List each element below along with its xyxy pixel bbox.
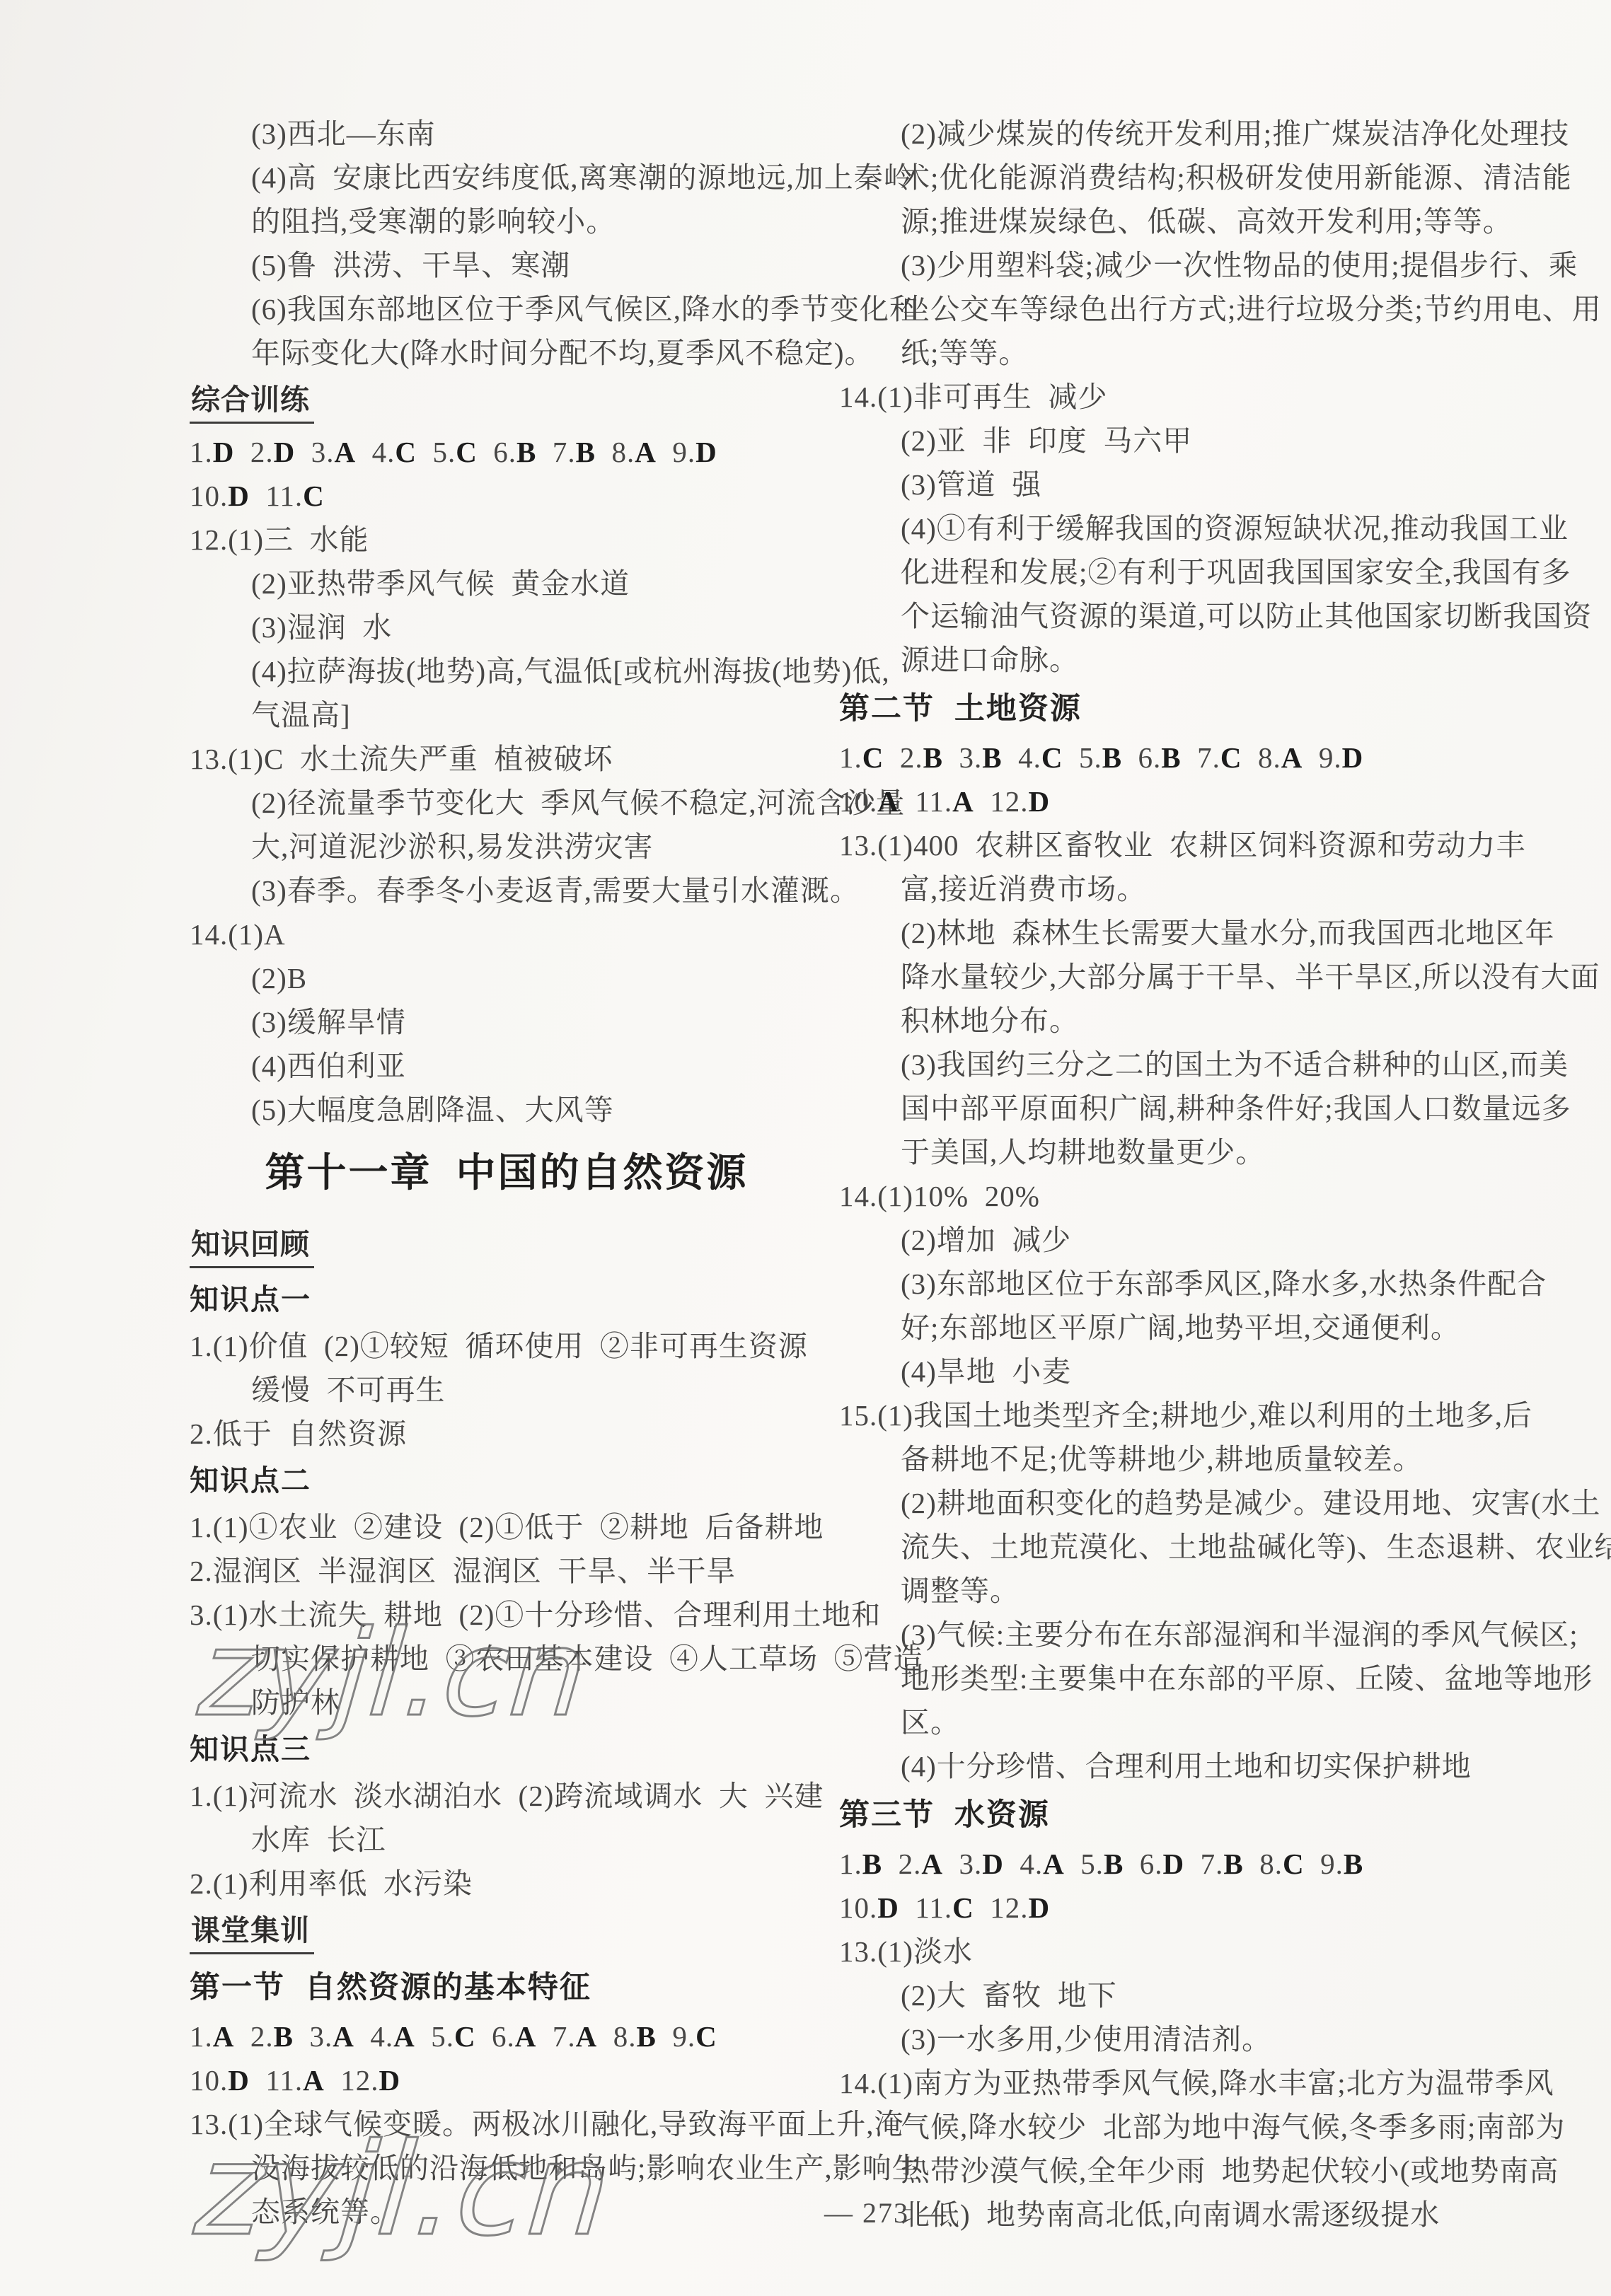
choice-answers-line: 1.C 2.B 3.B 4.C 5.B 6.B 7.C 8.A 9.D: [839, 736, 1562, 779]
answer-text-line: 2.低于 自然资源: [190, 1412, 824, 1456]
answer-text-line: 14.(1)A: [190, 912, 824, 956]
choice-answers-line: 10.D 11.A 12.D: [190, 2058, 824, 2102]
answer-text-line: 国中部平原面积广阔,耕种条件好;我国人口数量远多: [839, 1086, 1562, 1130]
answer-text-line: (4)旱地 小麦: [839, 1350, 1562, 1393]
answer-text-line: 13.(1)全球气候变暖。两极冰川融化,导致海平面上升,淹: [190, 2102, 824, 2146]
answer-text-line: 好;东部地区平原广阔,地势平坦,交通便利。: [839, 1306, 1562, 1350]
answer-text-line: 水库 长江: [190, 1818, 824, 1862]
answer-text-line: 3.(1)水土流失 耕地 (2)①十分珍惜、合理利用土地和: [190, 1593, 824, 1637]
answer-text-line: (4)西伯利亚: [190, 1044, 824, 1088]
answer-text-line: 源进口命脉。: [839, 638, 1562, 682]
knowledge-point-heading: 知识点二: [190, 1456, 824, 1505]
answer-text-line: (3)春季。春季冬小麦返青,需要大量引水灌溉。: [190, 869, 824, 912]
answer-text-line: 2.(1)利用率低 水污染: [190, 1862, 824, 1906]
answer-text-line: 13.(1)淡水: [839, 1930, 1562, 1973]
answer-text-line: (2)亚热带季风气候 黄金水道: [190, 562, 824, 605]
answer-text-line: 12.(1)三 水能: [190, 518, 824, 562]
choice-answers-line: 1.A 2.B 3.A 4.A 5.C 6.A 7.A 8.B 9.C: [190, 2014, 824, 2058]
choice-answers-line: 10.A 11.A 12.D: [839, 779, 1562, 823]
answer-text-line: (3)我国约三分之二的国土为不适合耕种的山区,而美: [839, 1043, 1562, 1086]
answer-text-line: 术;优化能源消费结构;积极研发使用新能源、清洁能: [839, 156, 1562, 199]
underlined-heading-text: 课堂集训: [190, 1910, 314, 1954]
answer-text-line: (3)少用塑料袋;减少一次性物品的使用;提倡步行、乘: [839, 243, 1562, 287]
answer-text-line: (2)亚 非 印度 马六甲: [839, 419, 1562, 463]
answer-text-line: (3)东部地区位于东部季风区,降水多,水热条件配合: [839, 1262, 1562, 1306]
block-heading: 知识回顾: [190, 1219, 824, 1275]
choice-answers-line: 1.D 2.D 3.A 4.C 5.C 6.B 7.B 8.A 9.D: [190, 430, 824, 474]
answer-text-line: 纸;等等。: [839, 331, 1562, 375]
answer-text-line: (2)径流量季节变化大 季风气候不稳定,河流含沙量: [190, 781, 824, 825]
knowledge-point-heading: 知识点一: [190, 1275, 824, 1324]
answer-text-line: 积林地分布。: [839, 999, 1562, 1043]
choice-answers-line: 10.D 11.C: [190, 474, 824, 518]
answer-text-line: (3)西北—东南: [190, 112, 824, 156]
answer-text-line: 缓慢 不可再生: [190, 1368, 824, 1412]
block-heading: 综合训练: [190, 375, 824, 430]
answer-text-line: 的阻挡,受寒潮的影响较小。: [190, 199, 824, 243]
underlined-heading-text: 知识回顾: [190, 1224, 314, 1268]
answer-text-line: 区。: [839, 1700, 1562, 1744]
section-heading: 第三节 水资源: [839, 1788, 1562, 1842]
answer-text-line: 防护林: [190, 1681, 824, 1724]
answer-text-line: 热带沙漠气候,全年少雨 地势起伏较小(或地势南高: [839, 2149, 1562, 2193]
answer-text-line: 1.(1)河流水 淡水湖泊水 (2)跨流域调水 大 兴建: [190, 1774, 824, 1818]
page-number: — 273 —: [801, 2194, 971, 2232]
answer-text-line: (3)湿润 水: [190, 605, 824, 649]
chapter-heading: 第十一章 中国的自然资源: [190, 1132, 824, 1219]
answer-text-line: 态系统等。: [190, 2190, 824, 2234]
answer-text-line: (2)耕地面积变化的趋势是减少。建设用地、灾害(水土: [839, 1481, 1562, 1525]
answer-text-line: 个运输油气资源的渠道,可以防止其他国家切断我国资: [839, 594, 1562, 638]
answer-text-line: 降水量较少,大部分属于干旱、半干旱区,所以没有大面: [839, 955, 1562, 999]
section-heading: 第一节 自然资源的基本特征: [190, 1961, 824, 2014]
answer-text-line: 1.(1)价值 (2)①较短 循环使用 ②非可再生资源: [190, 1324, 824, 1368]
block-heading: 课堂集训: [190, 1906, 824, 1961]
answer-text-line: 14.(1)非可再生 减少: [839, 375, 1562, 419]
section-heading: 第二节 土地资源: [839, 682, 1562, 736]
answer-text-line: 坐公交车等绿色出行方式;进行垃圾分类;节约用电、用: [839, 287, 1562, 331]
answer-text-line: (4)十分珍惜、合理利用土地和切实保护耕地: [839, 1744, 1562, 1788]
answer-text-line: 大,河道泥沙淤积,易发洪涝灾害: [190, 825, 824, 869]
answer-text-line: 备耕地不足;优等耕地少,耕地质量较差。: [839, 1437, 1562, 1481]
right-column: (2)减少煤炭的传统开发利用;推广煤炭洁净化处理技术;优化能源消费结构;积极研发…: [839, 112, 1562, 2237]
answer-text-line: (3)一水多用,少使用清洁剂。: [839, 2017, 1562, 2061]
answer-text-line: (5)大幅度急剧降温、大风等: [190, 1088, 824, 1132]
answer-text-line: 13.(1)400 农耕区畜牧业 农耕区饲料资源和劳动力丰: [839, 823, 1562, 867]
answer-text-line: 气候,降水较少 北部为地中海气候,冬季多雨;南部为: [839, 2105, 1562, 2149]
answer-text-line: 13.(1)C 水土流失严重 植被破坏: [190, 737, 824, 781]
answer-text-line: 14.(1)10% 20%: [839, 1174, 1562, 1218]
answer-text-line: (2)减少煤炭的传统开发利用;推广煤炭洁净化处理技: [839, 112, 1562, 156]
answer-text-line: 气温高]: [190, 693, 824, 737]
choice-answers-line: 1.B 2.A 3.D 4.A 5.B 6.D 7.B 8.C 9.B: [839, 1842, 1562, 1886]
answer-text-line: (4)高 安康比西安纬度低,离寒潮的源地远,加上秦岭: [190, 156, 824, 199]
answer-text-line: (2)大 畜牧 地下: [839, 1973, 1562, 2017]
answer-text-line: 调整等。: [839, 1569, 1562, 1613]
answer-text-line: 源;推进煤炭绿色、低碳、高效开发利用;等等。: [839, 199, 1562, 243]
answer-text-line: 富,接近消费市场。: [839, 867, 1562, 911]
left-column: (3)西北—东南(4)高 安康比西安纬度低,离寒潮的源地远,加上秦岭的阻挡,受寒…: [190, 112, 824, 2234]
answer-text-line: (5)鲁 洪涝、干旱、寒潮: [190, 243, 824, 287]
answer-text-line: 14.(1)南方为亚热带季风气候,降水丰富;北方为温带季风: [839, 2061, 1562, 2105]
answer-text-line: 切实保护耕地 ③农田基本建设 ④人工草场 ⑤营造: [190, 1637, 824, 1681]
answer-text-line: (3)气候:主要分布在东部湿润和半湿润的季风气候区;: [839, 1613, 1562, 1657]
choice-answers-line: 10.D 11.C 12.D: [839, 1886, 1562, 1930]
answer-text-line: 没海拔较低的沿海低地和岛屿;影响农业生产,影响生: [190, 2146, 824, 2190]
answer-text-line: (2)B: [190, 956, 824, 1000]
answer-text-line: 于美国,人均耕地数量更少。: [839, 1130, 1562, 1174]
answer-text-line: (2)增加 减少: [839, 1218, 1562, 1262]
answer-text-line: (4)拉萨海拔(地势)高,气温低[或杭州海拔(地势)低,: [190, 649, 824, 693]
knowledge-point-heading: 知识点三: [190, 1724, 824, 1774]
answer-text-line: 1.(1)①农业 ②建设 (2)①低于 ②耕地 后备耕地: [190, 1505, 824, 1549]
answer-text-line: 化进程和发展;②有利于巩固我国国家安全,我国有多: [839, 550, 1562, 594]
answer-text-line: (3)缓解旱情: [190, 1000, 824, 1044]
answer-text-line: 流失、土地荒漠化、土地盐碱化等)、生态退耕、农业结构: [839, 1525, 1562, 1569]
answer-text-line: 年际变化大(降水时间分配不均,夏季风不稳定)。: [190, 331, 824, 375]
answer-text-line: 地形类型:主要集中在东部的平原、丘陵、盆地等地形: [839, 1657, 1562, 1700]
answer-text-line: 15.(1)我国土地类型齐全;耕地少,难以利用的土地多,后: [839, 1393, 1562, 1437]
underlined-heading-text: 综合训练: [190, 379, 314, 424]
answer-text-line: (3)管道 强: [839, 463, 1562, 506]
answer-text-line: (4)①有利于缓解我国的资源短缺状况,推动我国工业: [839, 506, 1562, 550]
answer-text-line: 2.湿润区 半湿润区 湿润区 干旱、半干旱: [190, 1549, 824, 1593]
answer-text-line: (2)林地 森林生长需要大量水分,而我国西北地区年: [839, 911, 1562, 955]
answer-text-line: (6)我国东部地区位于季风气候区,降水的季节变化和: [190, 287, 824, 331]
